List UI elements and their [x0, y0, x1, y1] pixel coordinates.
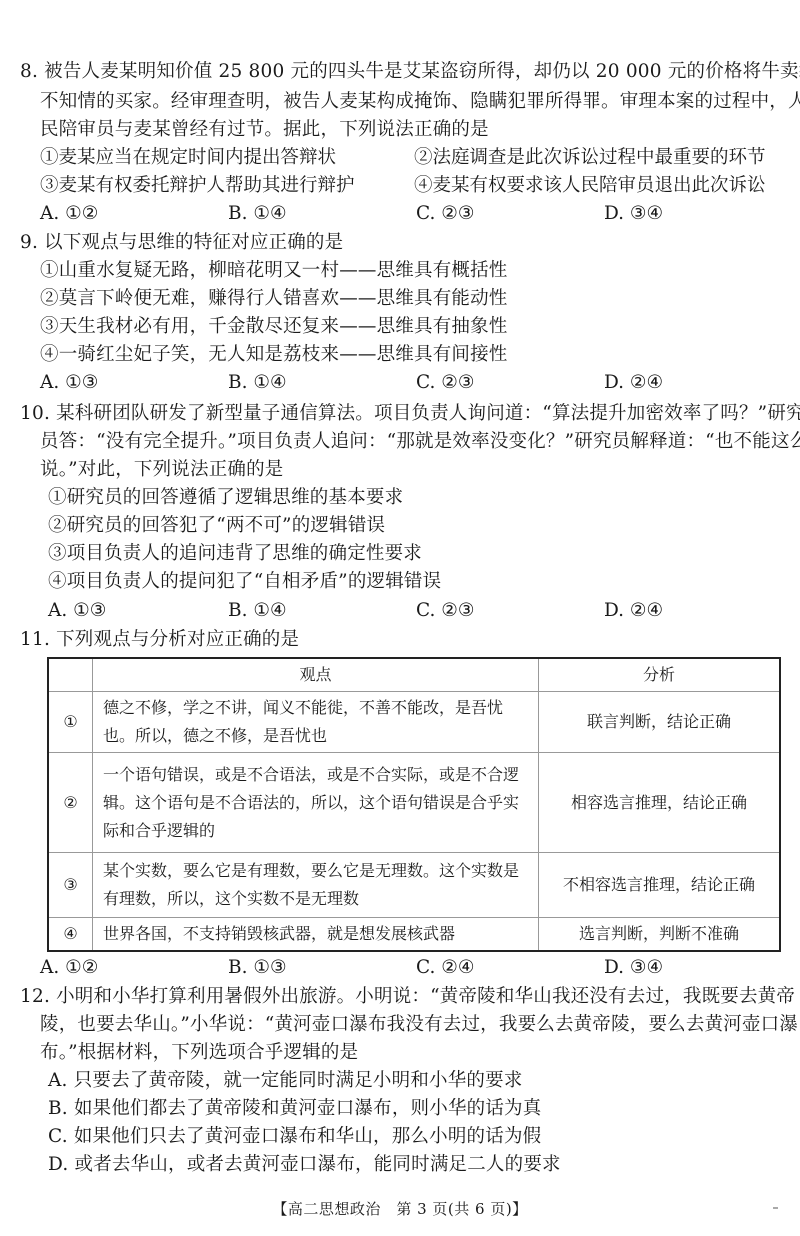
- q9-statement-1: ①山重水复疑无路，柳暗花明又一村——思维具有概括性: [40, 257, 508, 285]
- table-row: ④ 世界各国，不支持销毁核武器，就是想发展核武器 选言判断，判断不准确: [48, 918, 780, 952]
- q10-choice-c: C. ②③: [416, 597, 474, 625]
- q8-statement-2: ②法庭调查是此次诉讼过程中最重要的环节: [414, 144, 766, 172]
- scan-speck: [773, 1207, 778, 1209]
- q10-statement-2: ②研究员的回答犯了“两不可”的逻辑错误: [48, 512, 385, 540]
- table-row-analysis: 不相容选言推理，结论正确: [539, 853, 781, 918]
- q9-statement-2: ②莫言下岭便无难，赚得行人错喜欢——思维具有能动性: [40, 285, 508, 313]
- q9-choice-a: A. ①③: [40, 369, 98, 397]
- q11-choices: A. ①② B. ①③ C. ②④ D. ③④: [0, 954, 800, 982]
- q9-choices: A. ①③ B. ①④ C. ②③ D. ②④: [0, 369, 800, 397]
- q8-choice-c: C. ②③: [416, 200, 474, 228]
- table-row-view: 某个实数，要么它是有理数，要么它是无理数。这个实数是有理数，所以，这个实数不是无…: [93, 853, 539, 918]
- q12-stem-line-3: 布。”根据材料，下列选项合乎逻辑的是: [40, 1039, 358, 1067]
- q10-statement-3: ③项目负责人的追问违背了思维的确定性要求: [48, 540, 422, 568]
- q10-stem-line-3: 说。”对此，下列说法正确的是: [40, 456, 284, 484]
- q12-choice-b: B. 如果他们都去了黄帝陵和黄河壶口瀑布，则小华的话为真: [48, 1095, 541, 1123]
- table-header-num: [48, 658, 93, 692]
- q11-choice-b: B. ①③: [228, 954, 287, 982]
- table-row: ① 德之不修，学之不讲，闻义不能徙，不善不能改，是吾忧也。所以，德之不修，是吾忧…: [48, 692, 780, 753]
- table-row-analysis: 联言判断，结论正确: [539, 692, 781, 753]
- table-row-num: ③: [48, 853, 93, 918]
- table-row-num: ②: [48, 753, 93, 853]
- q8-stem-line-3: 民陪审员与麦某曾经有过节。据此，下列说法正确的是: [40, 116, 489, 144]
- q8-statements-row-1: ①麦某应当在规定时间内提出答辩状 ②法庭调查是此次诉讼过程中最重要的环节: [0, 144, 800, 172]
- q11-choice-d: D. ③④: [604, 954, 663, 982]
- q10-choices: A. ①③ B. ①④ C. ②③ D. ②④: [0, 597, 800, 625]
- table-row-view: 世界各国，不支持销毁核武器，就是想发展核武器: [93, 918, 539, 952]
- q8-statement-4: ④麦某有权要求该人民陪审员退出此次诉讼: [414, 172, 766, 200]
- q9-statement-4: ④一骑红尘妃子笑，无人知是荔枝来——思维具有间接性: [40, 341, 508, 369]
- q12-stem-line-2: 陵，也要去华山。”小华说：“黄河壶口瀑布我没有去过，我要么去黄帝陵，要么去黄河壶…: [40, 1011, 798, 1039]
- q10-statement-1: ①研究员的回答遵循了逻辑思维的基本要求: [48, 484, 403, 512]
- q9-statement-3: ③天生我材必有用，千金散尽还复来——思维具有抽象性: [40, 313, 508, 341]
- table-header-view: 观点: [93, 658, 539, 692]
- q8-choices: A. ①② B. ①④ C. ②③ D. ③④: [0, 200, 800, 228]
- q10-choice-b: B. ①④: [228, 597, 287, 625]
- q11-table: 观点 分析 ① 德之不修，学之不讲，闻义不能徙，不善不能改，是吾忧也。所以，德之…: [47, 657, 781, 952]
- q8-statement-3: ③麦某有权委托辩护人帮助其进行辩护: [40, 172, 355, 200]
- q10-choice-d: D. ②④: [604, 597, 663, 625]
- table-row: ③ 某个实数，要么它是有理数，要么它是无理数。这个实数是有理数，所以，这个实数不…: [48, 853, 780, 918]
- q11-choice-c: C. ②④: [416, 954, 474, 982]
- table-row-analysis: 相容选言推理，结论正确: [539, 753, 781, 853]
- q12-choice-d: D. 或者去华山，或者去黄河壶口瀑布，能同时满足二人的要求: [48, 1151, 561, 1179]
- q11-stem: 11. 下列观点与分析对应正确的是: [20, 626, 299, 654]
- q10-stem-line-2: 员答：“没有完全提升。”项目负责人追问：“那就是效率没变化？”研究员解释道：“也…: [40, 428, 800, 456]
- table-row-view: 一个语句错误，或是不合语法，或是不合实际，或是不合逻辑。这个语句是不合语法的，所…: [93, 753, 539, 853]
- table-row-analysis: 选言判断，判断不准确: [539, 918, 781, 952]
- q9-stem: 9. 以下观点与思维的特征对应正确的是: [20, 229, 343, 257]
- q9-choice-b: B. ①④: [228, 369, 287, 397]
- q8-stem-line-1: 8. 被告人麦某明知价值 25 800 元的四头牛是艾某盗窃所得，却仍以 20 …: [20, 58, 800, 86]
- q8-stem-line-2: 不知情的买家。经审理查明，被告人麦某构成掩饰、隐瞒犯罪所得罪。审理本案的过程中，…: [40, 88, 800, 116]
- q12-choice-a: A. 只要去了黄帝陵，就一定能同时满足小明和小华的要求: [48, 1067, 523, 1095]
- q8-statements-row-2: ③麦某有权委托辩护人帮助其进行辩护 ④麦某有权要求该人民陪审员退出此次诉讼: [0, 172, 800, 200]
- table-row-num: ①: [48, 692, 93, 753]
- table-header-row: 观点 分析: [48, 658, 780, 692]
- q12-stem-line-1: 12. 小明和小华打算利用暑假外出旅游。小明说：“黄帝陵和华山我还没有去过，我既…: [20, 983, 795, 1011]
- q9-choice-d: D. ②④: [604, 369, 663, 397]
- q8-statement-1: ①麦某应当在规定时间内提出答辩状: [40, 144, 336, 172]
- q8-choice-d: D. ③④: [604, 200, 663, 228]
- q9-choice-c: C. ②③: [416, 369, 474, 397]
- q10-stem-line-1: 10. 某科研团队研发了新型量子通信算法。项目负责人询问道：“算法提升加密效率了…: [20, 400, 800, 428]
- q11-choice-a: A. ①②: [40, 954, 98, 982]
- q10-statement-4: ④项目负责人的提问犯了“自相矛盾”的逻辑错误: [48, 568, 441, 596]
- table-row: ② 一个语句错误，或是不合语法，或是不合实际，或是不合逻辑。这个语句是不合语法的…: [48, 753, 780, 853]
- table-row-num: ④: [48, 918, 93, 952]
- q10-choice-a: A. ①③: [48, 597, 106, 625]
- page-footer: 【高二思想政治 第 3 页(共 6 页)】: [0, 1198, 800, 1220]
- q8-choice-b: B. ①④: [228, 200, 287, 228]
- q8-choice-a: A. ①②: [40, 200, 98, 228]
- table-header-analysis: 分析: [539, 658, 781, 692]
- table-row-view: 德之不修，学之不讲，闻义不能徙，不善不能改，是吾忧也。所以，德之不修，是吾忧也: [93, 692, 539, 753]
- q12-choice-c: C. 如果他们只去了黄河壶口瀑布和华山，那么小明的话为假: [48, 1123, 541, 1151]
